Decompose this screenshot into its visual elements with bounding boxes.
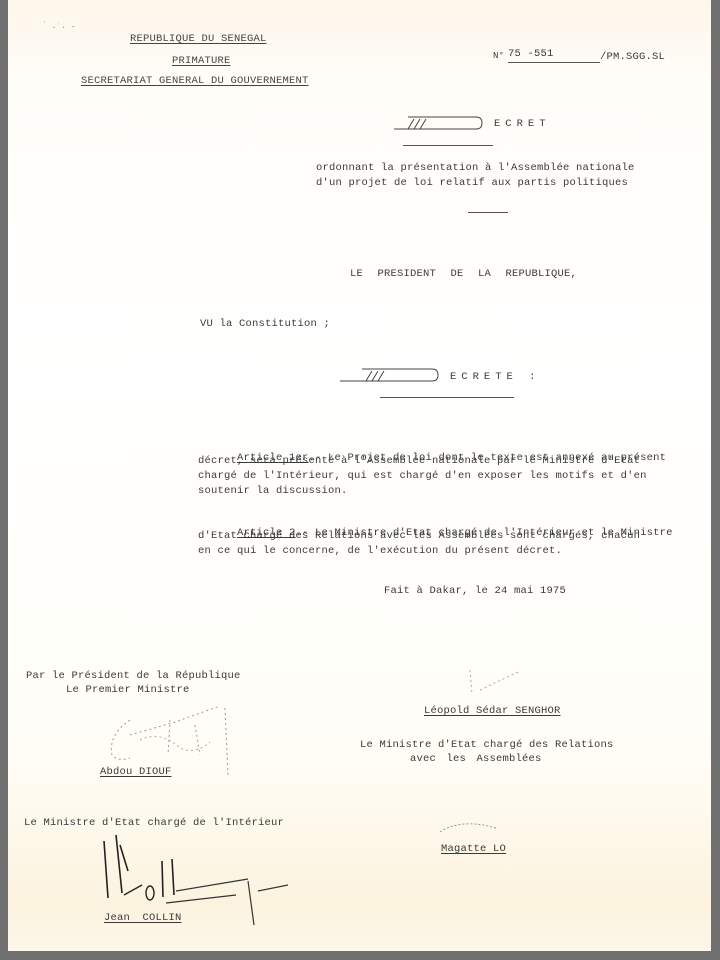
vu-constitution: VU la Constitution ; [200, 318, 330, 330]
article-1-line-4: soutenir la discussion. [198, 485, 348, 497]
article-1-line-3: chargé de l'Intérieur, qui est chargé d'… [198, 470, 647, 482]
relations-title-line-1: Le Ministre d'Etat chargé des Relations [360, 739, 614, 751]
header-primature: PRIMATURE [172, 55, 231, 67]
stray-marks: ˙ .ˑ. ˗ [42, 22, 76, 31]
decret-title: ECRET [494, 118, 551, 130]
document-page: ˙ .ˑ. ˗ REPUBLIQUE DU SENEGAL PRIMATURE … [8, 0, 711, 951]
prime-minister-name: Abdou DIOUF [100, 766, 172, 778]
relations-minister-name: Magatte LO [441, 843, 506, 855]
place-and-date: Fait à Dakar, le 24 mai 1975 [384, 585, 566, 597]
subtitle-line-1: ordonnant la présentation à l'Assemblée … [316, 162, 635, 174]
decree-number: 75 -551 [508, 48, 554, 60]
decrete-title: ECRETE : [450, 371, 540, 383]
signature-lo [436, 816, 506, 841]
relations-title-line-2: avec les Assemblées [410, 753, 542, 765]
authority-line: LE PRESIDENT DE LA REPUBLIQUE, [350, 268, 577, 280]
number-suffix: /PM.SGG.SL [600, 51, 665, 63]
title-rule [403, 145, 493, 146]
interior-minister-name: Jean COLLIN [104, 912, 182, 924]
header-republic: REPUBLIQUE DU SENEGAL [130, 33, 267, 45]
header-secretariat: SECRETARIAT GENERAL DU GOUVERNEMENT [81, 75, 309, 87]
president-name: Léopold Sédar SENGHOR [424, 705, 561, 717]
subtitle-line-2: d'un projet de loi relatif aux partis po… [316, 177, 628, 189]
countersign-line-1: Par le Président de la République [26, 670, 241, 682]
number-underline [508, 62, 600, 63]
countersign-line-2: Le Premier Ministre [66, 684, 190, 696]
decrete-rule [380, 397, 514, 398]
number-prefix: N° [493, 51, 504, 61]
article-2-line-3: en ce qui le concerne, de l'exécution du… [198, 545, 562, 557]
signature-senghor [458, 660, 538, 705]
article-2-line-2: d'Etat chargé des Relations avec les Ass… [198, 530, 640, 542]
interior-title: Le Ministre d'Etat chargé de l'Intérieur [24, 817, 284, 829]
decret-initial-d-mark [394, 117, 490, 138]
article-1-line-2: décret, sera présenté à l'Assemblée nati… [198, 455, 640, 467]
subtitle-rule [468, 212, 508, 213]
decrete-initial-d-mark [340, 368, 444, 389]
